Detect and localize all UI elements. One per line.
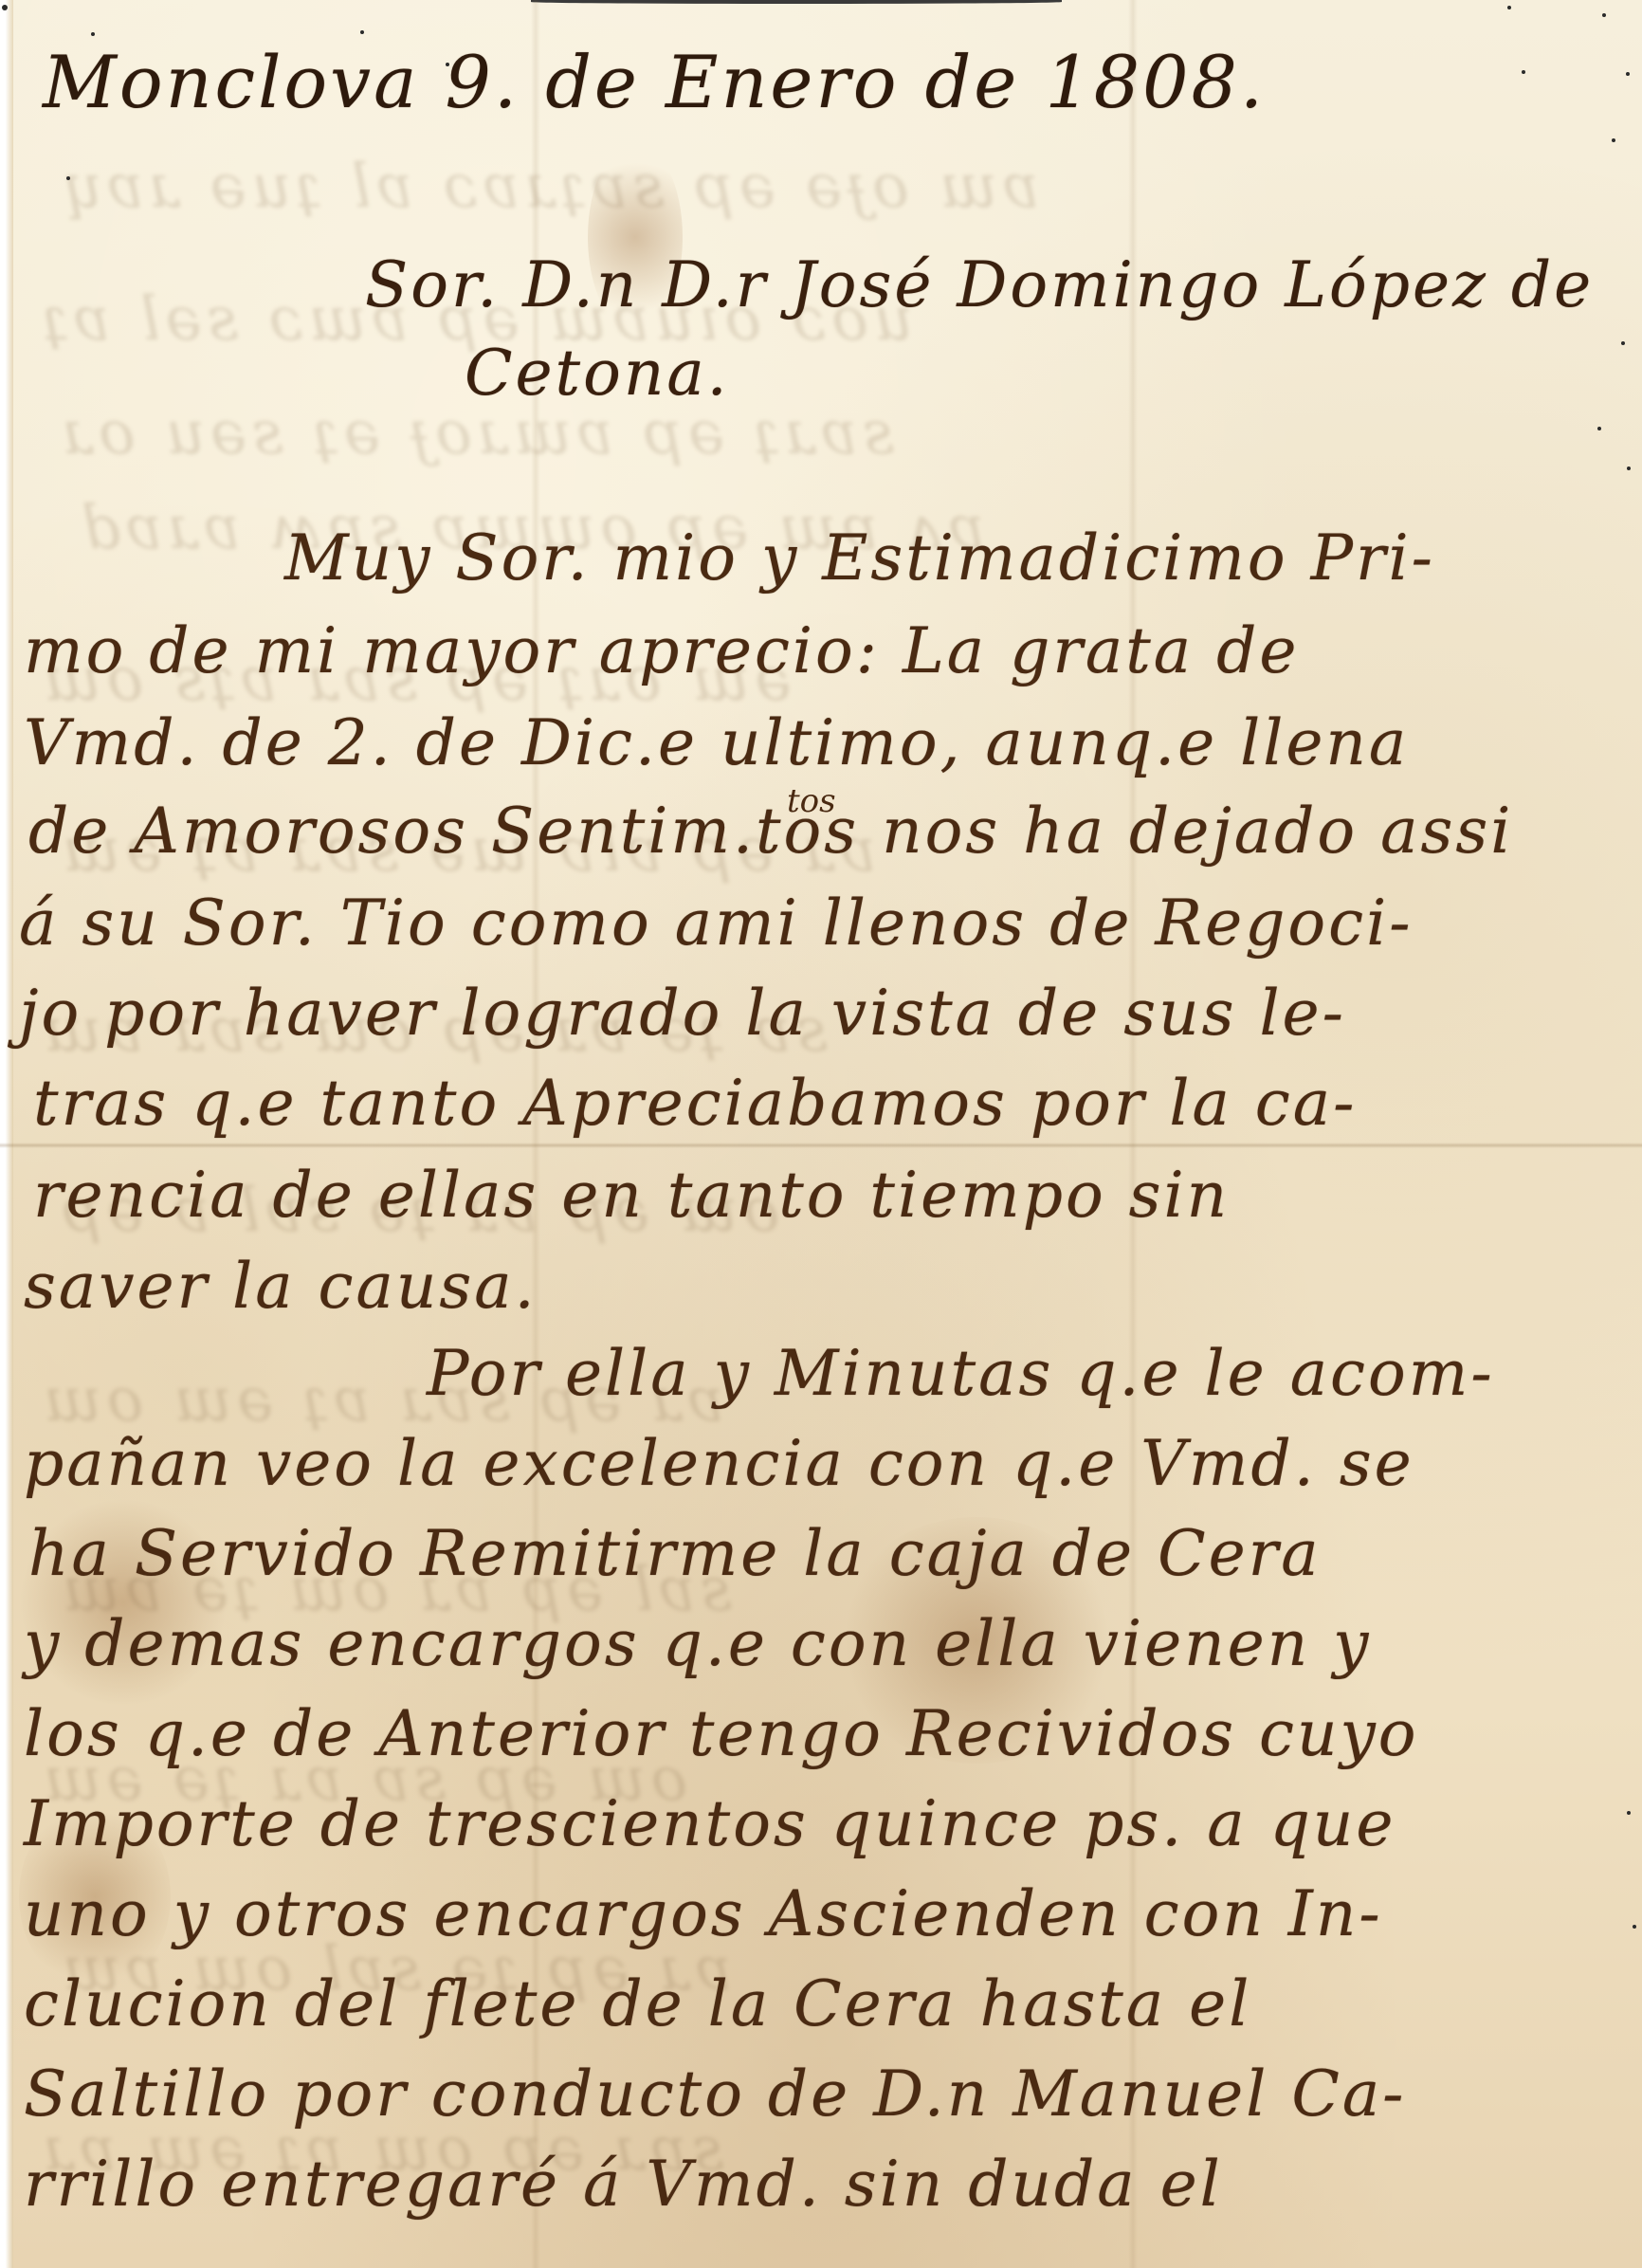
scan-speck <box>1627 1811 1631 1815</box>
scan-speck <box>1621 341 1625 345</box>
body-line: y demas encargos q.e con ella vienen y <box>24 1607 1371 1680</box>
body-line: saver la causa. <box>24 1250 538 1323</box>
body-line: los q.e de Anterior tengo Recividos cuyo <box>24 1697 1419 1770</box>
body-line: pañan veo la excelencia con q.e Vmd. se <box>24 1427 1414 1500</box>
manuscript-page: ɐɯ oɟǝ ǝp sɐʇɹɐɔ ɐl ʇuǝ ɹɐɥ uoɔ oıuɐɯ ǝp… <box>0 0 1642 2268</box>
scan-speck <box>1612 138 1615 142</box>
scan-speck <box>1633 1925 1636 1929</box>
body-line: á su Sor. Tio como ami llenos de Regoci- <box>19 887 1414 960</box>
body-line: ha Servido Remitirme la caja de Cera <box>28 1517 1322 1590</box>
body-line: Por ella y Minutas q.e le acom- <box>427 1337 1495 1410</box>
scan-speck <box>1627 466 1631 470</box>
horizontal-fold <box>0 1143 1642 1148</box>
body-line: Muy Sor. mio y Estimadicimo Pri- <box>284 521 1435 594</box>
body-line: Importe de trescientos quince ps. a que <box>24 1787 1396 1860</box>
body-line: rencia de ellas en tanto tiempo sin <box>33 1159 1230 1232</box>
scan-left-edge <box>0 0 13 2268</box>
body-line: Saltillo por conducto de D.n Manuel Ca- <box>24 2058 1406 2131</box>
scan-speck <box>1626 72 1630 76</box>
scan-speck <box>66 176 70 180</box>
addressee-line-1: Sor. D.n D.r José Domingo López de <box>365 248 1594 321</box>
scan-top-shadow <box>531 0 1062 4</box>
addressee-line-2: Cetona. <box>465 337 730 410</box>
body-line: jo por haver logrado la vista de sus le- <box>19 977 1346 1050</box>
place-date-heading: Monclova 9. de Enero de 1808. <box>43 40 1266 124</box>
body-line: mo de mi mayor aprecio: La grata de <box>24 614 1299 687</box>
scan-speck <box>1507 6 1511 9</box>
scan-speck <box>1597 427 1601 430</box>
body-line: uno y otros encargos Ascienden con In- <box>24 1877 1383 1950</box>
scan-speck <box>1522 70 1525 74</box>
body-line: de Amorosos Sentim.tos nos ha dejado ass… <box>28 795 1513 868</box>
body-line: Vmd. de 2. de Dic.e ultimo, aunq.e llena <box>24 706 1409 779</box>
scan-speck <box>2 5 8 10</box>
body-line: rrillo entregaré á Vmd. sin duda el <box>24 2148 1223 2221</box>
bleed-through-text: ɐɯ oɟǝ ǝp sɐʇɹɐɔ ɐl ʇuǝ ɹɐɥ <box>57 152 1039 222</box>
scan-speck <box>91 32 95 36</box>
body-line: tras q.e tanto Apreciabamos por la ca- <box>33 1067 1357 1140</box>
scan-speck <box>1602 13 1606 17</box>
body-line: clucion del flete de la Cera hasta el <box>24 1967 1251 2040</box>
scan-speck <box>360 30 364 34</box>
